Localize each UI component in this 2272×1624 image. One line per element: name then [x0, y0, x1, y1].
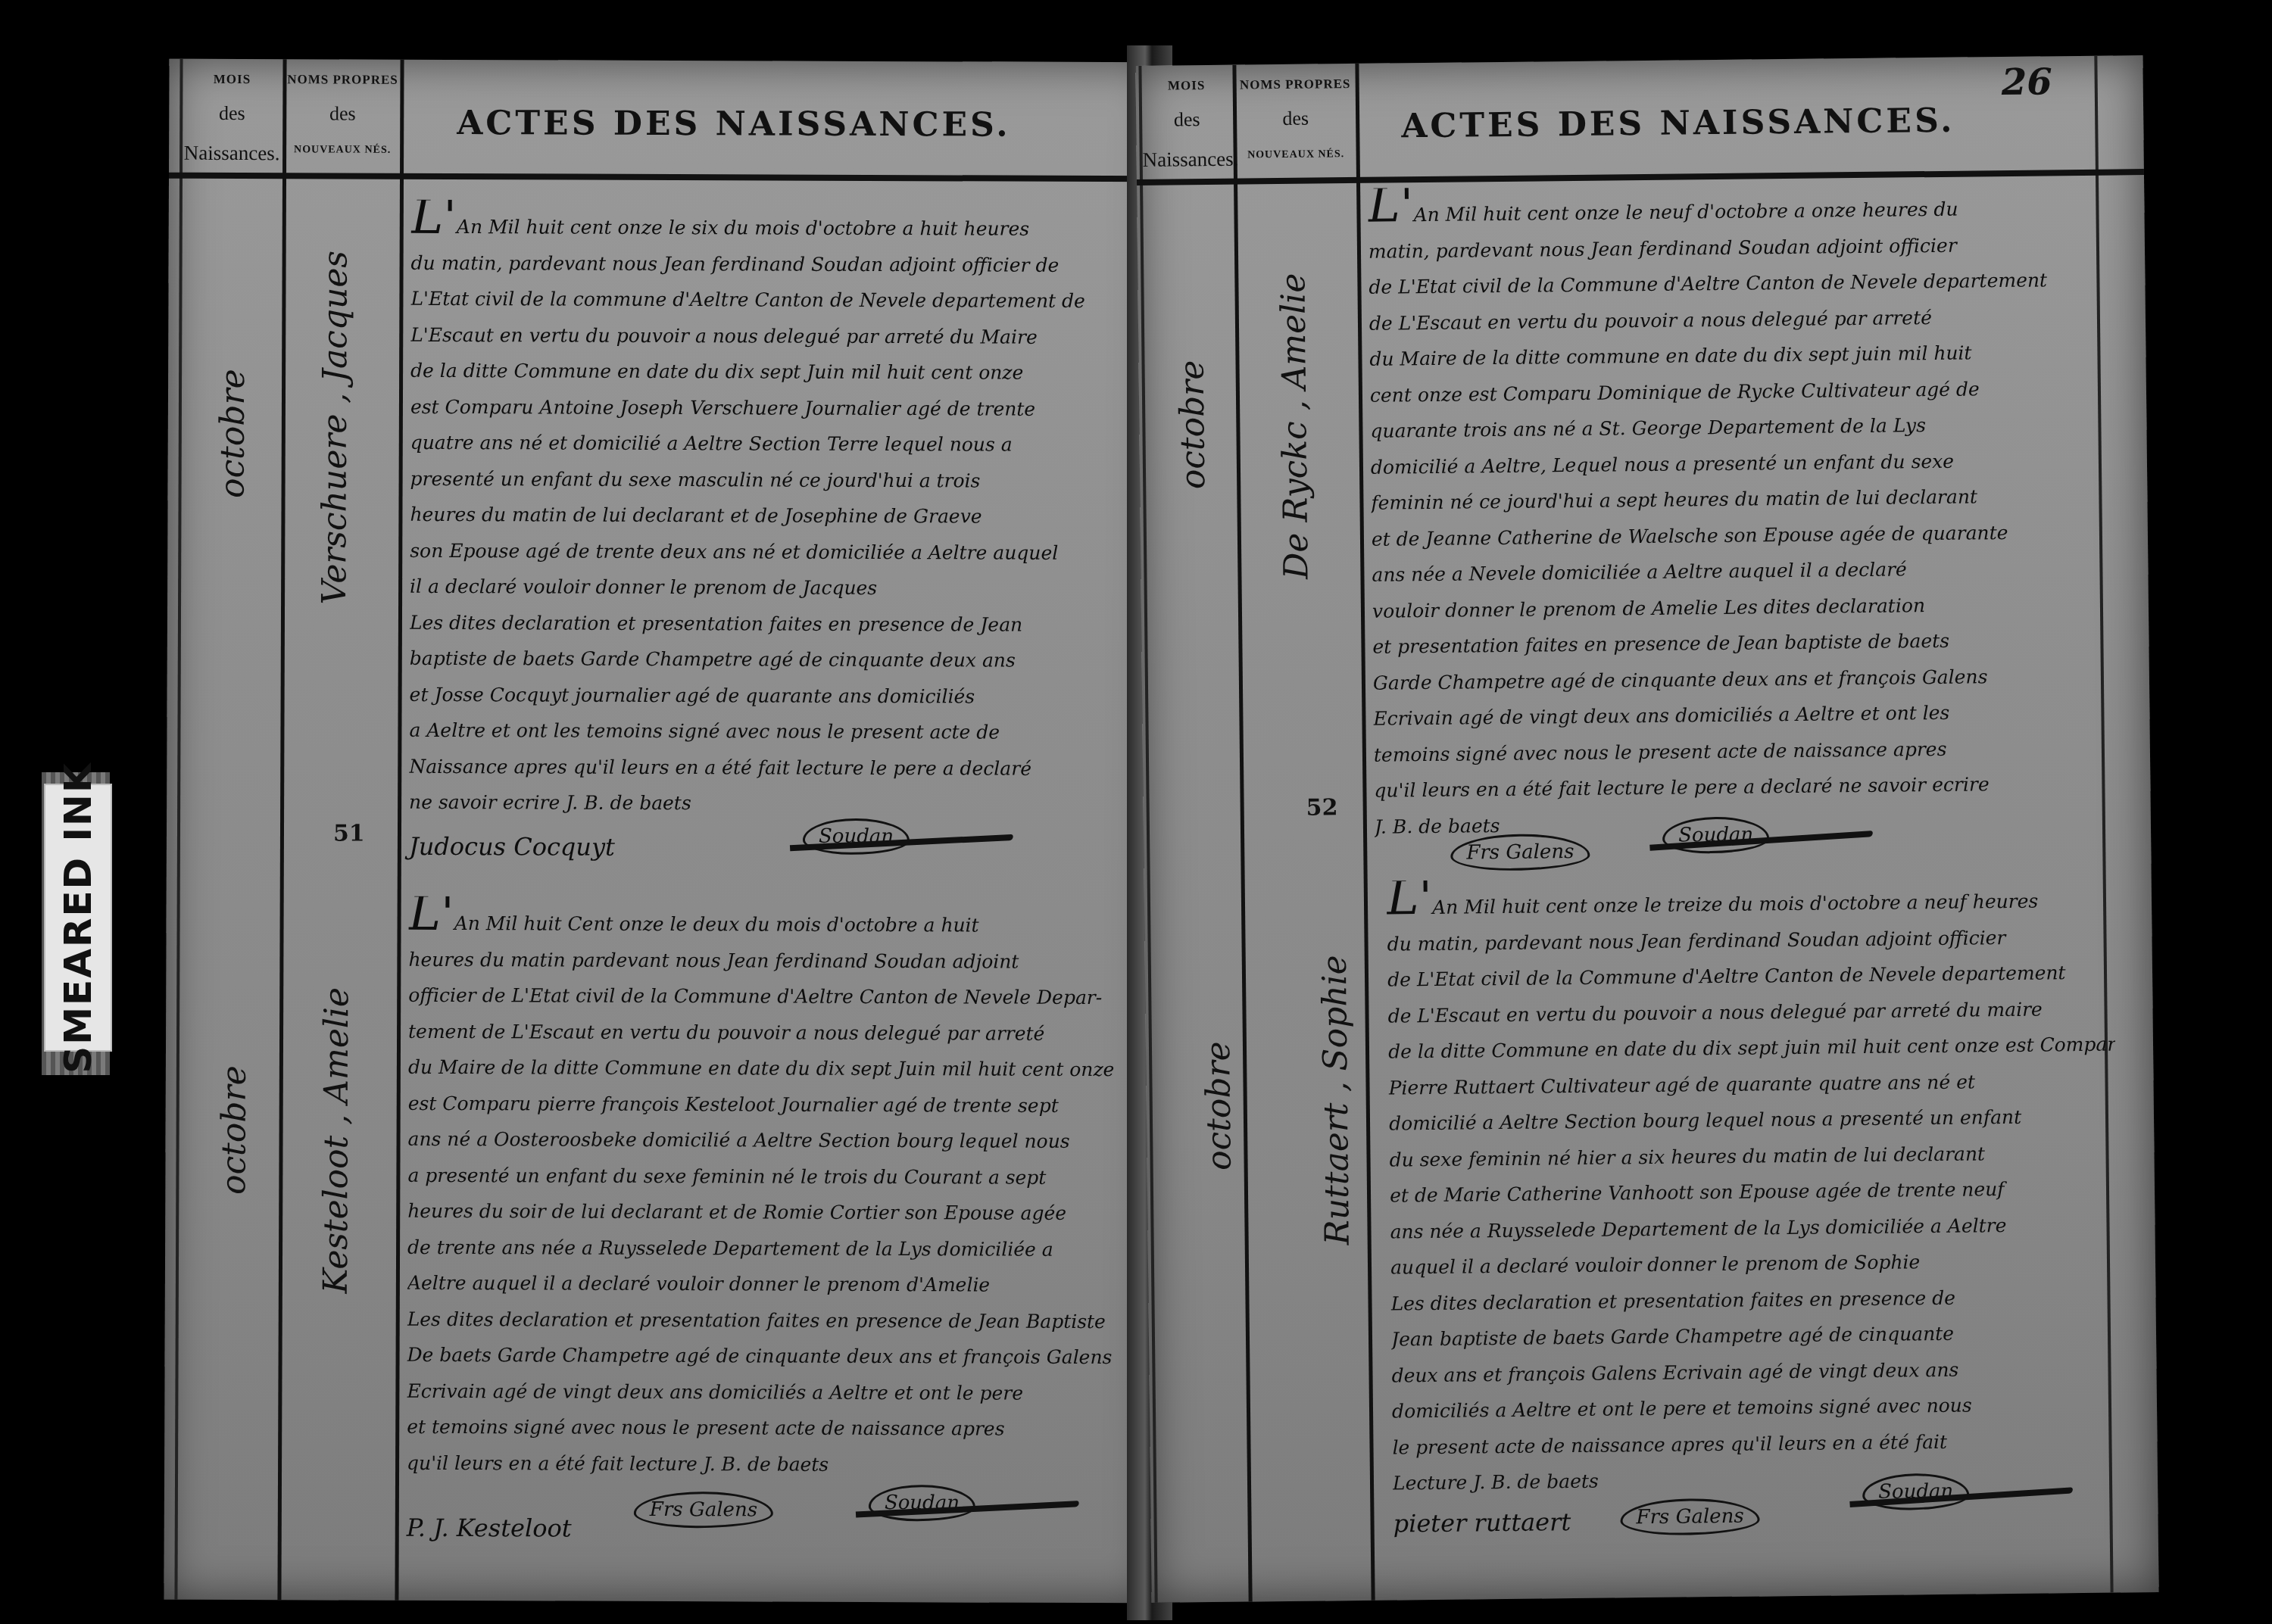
signatures: Judocus Cocquyt Soudan [409, 817, 1147, 895]
entry-child-name: Verschuere , Jacques [315, 251, 355, 605]
left-header: MOIS des Naissances. NOMS PROPRES des NO… [169, 59, 1162, 182]
entry-child-name: Kesteloot , Amelie [317, 987, 356, 1294]
signatures: P. J. Kesteloot Frs Galens Soudan [407, 1483, 1145, 1584]
right-header: MOIS des Naissances. NOMS PROPRES des NO… [1135, 55, 2144, 185]
scanned-register: SMEARED INK MOIS des Naissances. NOMS PR… [0, 0, 2272, 1624]
signature: P. J. Kesteloot [407, 1513, 572, 1543]
entry-month: octobre [214, 369, 253, 498]
smeared-ink-text: SMEARED INK [56, 762, 100, 1073]
right-page: MOIS des Naissances. NOMS PROPRES des NO… [1135, 55, 2158, 1603]
act-number: 52 [1306, 794, 1338, 821]
left-page: MOIS des Naissances. NOMS PROPRES des NO… [164, 59, 1161, 1604]
act-number: 51 [333, 820, 365, 846]
column-rule [1232, 65, 1252, 1602]
signature: Frs Galens [1620, 1498, 1760, 1535]
signature: Soudan [803, 818, 910, 855]
signature: pieter ruttaert [1393, 1507, 1571, 1538]
column-rule [395, 60, 404, 1601]
birth-act-text: L'An Mil huit cent onze le treize du moi… [1387, 874, 2121, 1502]
signature: Judocus Cocquyt [409, 832, 615, 862]
signature: Soudan [1662, 816, 1770, 853]
birth-act-text: L'An Mil huit cent onze le six du mois d… [409, 200, 1150, 823]
signature: Frs Galens [634, 1492, 773, 1529]
signature: Soudan [869, 1485, 975, 1521]
names-column-header: NOMS PROPRES des NOUVEAUX NÉS. [1237, 77, 1355, 161]
entry-month: octobre [1199, 1041, 1239, 1170]
month-column-header: MOIS des Naissances. [183, 73, 281, 164]
signature: Frs Galens [1450, 834, 1590, 871]
entry-child-name: De Ryckc , Amelie [1274, 273, 1315, 579]
page-title: ACTES DES NAISSANCES. [457, 104, 1010, 145]
birth-act-text: L'An Mil huit Cent onze le deux du mois … [407, 896, 1147, 1483]
entry-child-name: Ruttaert , Sophie [1315, 955, 1357, 1245]
birth-act-text: L'An Mil huit cent onze le neuf d'octobr… [1368, 181, 2102, 845]
page-title: ACTES DES NAISSANCES. [1401, 101, 1955, 146]
smeared-ink-label: SMEARED INK [44, 784, 112, 1052]
entry-month: octobre [214, 1065, 254, 1195]
month-column-header: MOIS des Naissances. [1142, 79, 1232, 170]
folio-number: 26 [2002, 61, 2052, 104]
entry-month: octobre [1172, 360, 1212, 489]
signatures: pieter ruttaert Frs Galens Soudan [1393, 1472, 2121, 1570]
outer-rule [174, 59, 183, 1600]
signature: Soudan [1862, 1473, 1970, 1510]
column-rule [277, 59, 286, 1600]
names-column-header: NOMS PROPRES des NOUVEAUX NÉS. [286, 73, 398, 156]
